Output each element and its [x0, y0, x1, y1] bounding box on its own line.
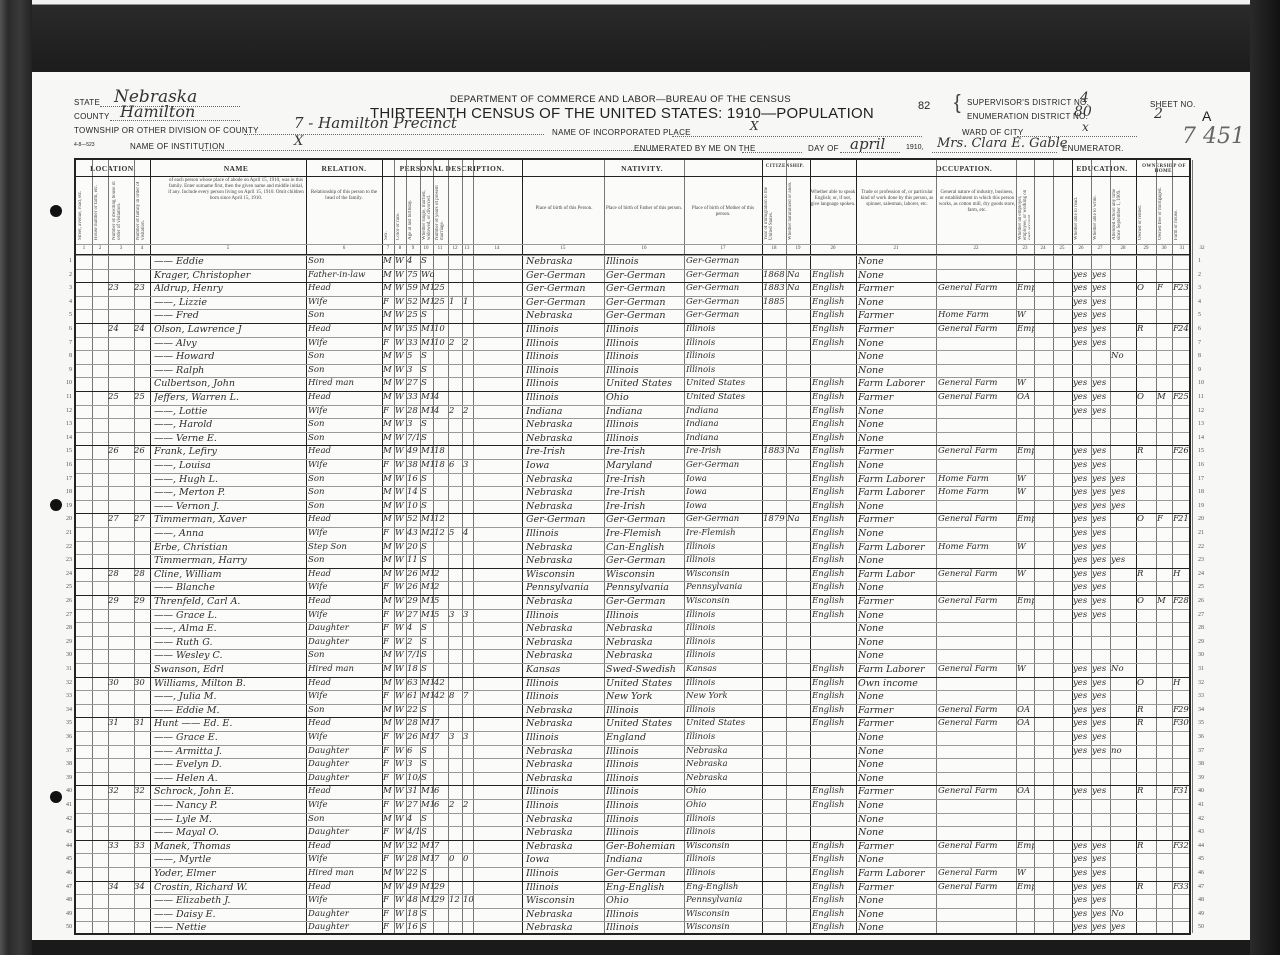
cell-name: Williams, Milton B.	[154, 677, 304, 690]
cell-occ: Farm Laborer	[858, 663, 936, 676]
cell-sex: M	[383, 541, 394, 554]
cell-mpob: United States	[686, 391, 762, 404]
cell-sex: M	[383, 500, 394, 513]
cell-race: W	[395, 867, 406, 880]
cell-read: yes	[1073, 323, 1091, 336]
cell-race: W	[395, 527, 406, 540]
cell-ms: M1	[421, 677, 434, 690]
cell-occ: None	[858, 527, 936, 540]
cell-ms: M1	[421, 391, 434, 404]
cell-write: yes	[1092, 690, 1110, 703]
cell-lang: English	[812, 717, 856, 730]
cell-read: yes	[1073, 405, 1091, 418]
cell-mpob: Nebraska	[686, 758, 762, 771]
cell-age: 63	[407, 677, 421, 690]
column-divider	[1172, 160, 1173, 933]
cell-mpob: Illinois	[686, 609, 762, 622]
cell-dw: 29	[108, 595, 134, 608]
cell-living: 0	[463, 853, 473, 866]
column-number: 11	[434, 246, 446, 251]
column-number: 10	[420, 246, 432, 251]
line-number: 48	[58, 897, 72, 903]
cell-mpob: United States	[686, 377, 762, 390]
cell-lang: English	[812, 405, 856, 418]
cell-yrs: 42	[434, 677, 448, 690]
county-label: COUNTY	[74, 112, 110, 121]
cell-sex: F	[383, 745, 394, 758]
year-label: 1910,	[906, 144, 924, 151]
cell-race: W	[395, 364, 406, 377]
cell-ms: S	[421, 350, 434, 363]
line-number: 21	[58, 530, 72, 536]
cell-school: No	[1111, 663, 1135, 676]
industry-header: General nature of industry, business, or…	[938, 190, 1016, 214]
cell-sex: M	[383, 432, 394, 445]
line-number-right: 40	[1198, 788, 1204, 794]
cell-sex: F	[383, 622, 394, 635]
cell-read: yes	[1073, 609, 1091, 622]
cell-pob: Nebraska	[526, 704, 604, 717]
cell-yrs: 4	[434, 391, 448, 404]
cell-fam: 34	[134, 881, 150, 894]
cell-fpob: Illinois	[606, 350, 684, 363]
institution-value: X	[294, 134, 303, 149]
cell-rel: Head	[308, 445, 380, 458]
cell-age: 27	[407, 377, 421, 390]
line-number-right: 50	[1198, 924, 1204, 930]
cell-lang: English	[812, 282, 856, 295]
cell-read: yes	[1073, 921, 1091, 934]
cell-mpob: Illinois	[686, 731, 762, 744]
supervisor-district-label: SUPERVISOR'S DISTRICT NO.	[967, 98, 1089, 107]
cell-mpob: Eng-English	[686, 881, 762, 894]
line-number-right: 49	[1198, 911, 1204, 917]
column-number: 6	[338, 246, 350, 251]
cell-occ: Farmer	[858, 391, 936, 404]
section-ownership: OWNERSHIP OF HOME.	[1136, 164, 1192, 174]
cell-sex: M	[383, 785, 394, 798]
cell-race: W	[395, 581, 406, 594]
cell-race: W	[395, 717, 406, 730]
cell-ind: General Farm	[938, 717, 1016, 730]
cell-read: yes	[1073, 853, 1091, 866]
cell-pob: Illinois	[526, 799, 604, 812]
cell-sex: M	[383, 881, 394, 894]
cell-pob: Ger-German	[526, 269, 604, 282]
cell-ms: S	[421, 377, 434, 390]
cell-fpob: Illinois	[606, 255, 684, 268]
line-number-right: 48	[1198, 897, 1204, 903]
cell-rel: Son	[308, 432, 380, 445]
cell-name: —— Armitta J.	[154, 745, 304, 758]
cell-occ: None	[858, 622, 936, 635]
cell-lang: English	[812, 799, 856, 812]
cell-sched: 25	[1178, 391, 1197, 404]
cell-age: 11	[407, 554, 421, 567]
line-number-right: 9	[1198, 367, 1201, 373]
column-divider	[448, 160, 449, 933]
cell-fpob: Ger-Bohemian	[606, 840, 684, 853]
cell-name: —— Grace E.	[154, 731, 304, 744]
cell-ms: S	[421, 418, 434, 431]
cell-ms: M1	[421, 609, 434, 622]
cell-emp: OA	[1017, 717, 1034, 730]
line-number-right: 37	[1198, 748, 1204, 754]
cell-occ: None	[858, 853, 936, 866]
line-number-right: 35	[1198, 720, 1204, 726]
cell-lang: English	[812, 704, 856, 717]
cell-write: yes	[1092, 459, 1110, 472]
cell-pob: Nebraska	[526, 255, 604, 268]
cell-occ: Farm Laborer	[858, 473, 936, 486]
cell-occ: Farm Laborer	[858, 867, 936, 880]
cell-fh: H	[1173, 568, 1181, 581]
cell-fpob: Ger-German	[606, 513, 684, 526]
column-number: 14	[491, 246, 503, 251]
cell-sex: F	[383, 826, 394, 839]
cell-rel: Wife	[308, 690, 380, 703]
cell-ms: S	[421, 500, 434, 513]
census-sheet: STATE Nebraska COUNTY Hamilton TOWNSHIP …	[32, 72, 1250, 940]
cell-rel: Wife	[308, 581, 380, 594]
cell-living: 7	[463, 690, 473, 703]
cell-rel: Daughter	[308, 758, 380, 771]
cell-lang: English	[812, 840, 856, 853]
cell-ind: General Farm	[938, 391, 1016, 404]
cell-fpob: Nebraska	[606, 622, 684, 635]
line-number-right: 45	[1198, 856, 1204, 862]
cell-lang: English	[812, 867, 856, 880]
cell-write: yes	[1092, 609, 1110, 622]
cell-occ: Farmer	[858, 595, 936, 608]
cell-ms: S	[421, 867, 434, 880]
cell-ms: M1	[421, 337, 434, 350]
cell-yrs: 2	[434, 581, 448, 594]
cell-fam: 28	[134, 568, 150, 581]
line-number-right: 38	[1198, 761, 1204, 767]
cell-age: 5	[407, 350, 421, 363]
column-number: 15	[557, 246, 569, 251]
cell-dw: 34	[108, 881, 134, 894]
cell-occ: None	[858, 731, 936, 744]
cell-occ: None	[858, 554, 936, 567]
cell-age: 4	[407, 255, 421, 268]
cell-race: W	[395, 609, 406, 622]
cell-own: R	[1137, 840, 1155, 853]
vertical-column-header: Farm or house.	[1174, 180, 1186, 240]
column-number: 22	[970, 246, 982, 251]
cell-ms: M1	[421, 282, 434, 295]
line-number-right: 4	[1198, 299, 1201, 305]
column-divider	[473, 160, 474, 933]
cell-yrs: 29	[434, 894, 448, 907]
vertical-column-header: Age at last birthday.	[408, 180, 420, 240]
line-number: 1	[58, 258, 72, 264]
cell-ms: M2	[421, 527, 434, 540]
cell-read: yes	[1073, 745, 1091, 758]
cell-sex: M	[383, 323, 394, 336]
cell-ind: General Farm	[938, 704, 1016, 717]
cell-dw: 27	[108, 513, 134, 526]
line-number: 41	[58, 802, 72, 808]
column-number: 24	[1037, 246, 1049, 251]
cell-yrs: 6	[434, 799, 448, 812]
cell-sex: F	[383, 853, 394, 866]
cell-sex: M	[383, 255, 394, 268]
cell-write: yes	[1092, 785, 1110, 798]
cell-name: —— Fred	[154, 309, 304, 322]
cell-mpob: Illinois	[686, 541, 762, 554]
line-number: 15	[58, 448, 72, 454]
cell-emp: W	[1017, 486, 1034, 499]
cell-occ: Farmer	[858, 445, 936, 458]
line-number: 50	[58, 924, 72, 930]
cell-pob: Nebraska	[526, 745, 604, 758]
cell-school: yes	[1111, 921, 1135, 934]
cell-sex: M	[383, 813, 394, 826]
cell-living: 1	[463, 296, 473, 309]
cell-race: W	[395, 649, 406, 662]
cell-race: W	[395, 282, 406, 295]
cell-pob: Illinois	[526, 527, 604, 540]
cell-write: yes	[1092, 486, 1110, 499]
cell-name: Frank, Lefiry	[154, 445, 304, 458]
cell-emp: W	[1017, 541, 1034, 554]
cell-lang: English	[812, 690, 856, 703]
line-number: 12	[58, 408, 72, 414]
cell-imm: 1885	[763, 296, 786, 309]
cell-name: Jeffers, Warren L.	[154, 391, 304, 404]
cell-race: W	[395, 826, 406, 839]
cell-rel: Father-in-law	[308, 269, 380, 282]
cell-rel: Wife	[308, 853, 380, 866]
cell-age: 10	[407, 500, 421, 513]
cell-occ: None	[858, 269, 936, 282]
cell-name: —— Ruth G.	[154, 636, 304, 649]
cell-own: O	[1137, 595, 1155, 608]
header-rule	[76, 176, 1189, 177]
cell-race: W	[395, 840, 406, 853]
cell-fpob: United States	[606, 717, 684, 730]
vertical-column-header: Number of family in order of visitation.	[136, 180, 148, 240]
cell-ind: Home Farm	[938, 486, 1016, 499]
cell-school: no	[1111, 745, 1135, 758]
cell-fpob: Can-English	[606, 541, 684, 554]
department-heading: DEPARTMENT OF COMMERCE AND LABOR—BUREAU …	[450, 94, 791, 105]
cell-lang: English	[812, 677, 856, 690]
cell-ms: S	[421, 908, 434, 921]
cell-mort: M	[1157, 391, 1172, 404]
cell-write: yes	[1092, 377, 1110, 390]
column-divider	[462, 160, 463, 933]
column-number: 3	[115, 246, 127, 251]
cell-sex: F	[383, 405, 394, 418]
cell-name: ——, Anna	[154, 527, 304, 540]
line-number: 26	[58, 598, 72, 604]
cell-yrs: 5	[434, 595, 448, 608]
cell-pob: Nebraska	[526, 840, 604, 853]
cell-write: yes	[1092, 500, 1110, 513]
line-number: 16	[58, 462, 72, 468]
line-number-right: 28	[1198, 625, 1204, 631]
cell-fpob: Nebraska	[606, 636, 684, 649]
cell-sex: M	[383, 649, 394, 662]
line-number: 49	[58, 911, 72, 917]
cell-dw: 30	[108, 677, 134, 690]
cell-ms: M1	[421, 785, 434, 798]
cell-rel: Head	[308, 881, 380, 894]
cell-age: 32	[407, 840, 421, 853]
column-number: 7	[382, 246, 394, 251]
cell-mpob: Illinois	[686, 704, 762, 717]
line-number: 17	[58, 476, 72, 482]
enumeration-district-value: 80	[1074, 104, 1092, 120]
line-number-right: 30	[1198, 652, 1204, 658]
header-rule	[76, 254, 1189, 255]
cell-write: yes	[1092, 527, 1110, 540]
cell-school: yes	[1111, 554, 1135, 567]
cell-nat: Na	[787, 445, 809, 458]
cell-pob: Iowa	[526, 853, 604, 866]
cell-ms: M1	[421, 853, 434, 866]
cell-ms: M1	[421, 799, 434, 812]
cell-ms: M1	[421, 296, 434, 309]
cell-race: W	[395, 663, 406, 676]
page-stamp: 82	[918, 100, 930, 112]
cell-sex: F	[383, 908, 394, 921]
line-number-right: 17	[1198, 476, 1204, 482]
cell-mpob: Ohio	[686, 785, 762, 798]
cell-pob: Nebraska	[526, 432, 604, 445]
cell-age: 31	[407, 785, 421, 798]
cell-pob: Illinois	[526, 867, 604, 880]
line-number-right: 42	[1198, 816, 1204, 822]
cell-rel: Daughter	[308, 826, 380, 839]
cell-rel: Wife	[308, 527, 380, 540]
cell-ms: Wd	[421, 269, 434, 282]
scan-right-edge	[1250, 0, 1280, 955]
cell-mpob: Wisconsin	[686, 921, 762, 934]
cell-occ: None	[858, 813, 936, 826]
cell-own: O	[1137, 282, 1155, 295]
cell-read: yes	[1073, 690, 1091, 703]
cell-born: 2	[449, 405, 461, 418]
cell-rel: Son	[308, 364, 380, 377]
column-divider	[936, 160, 937, 933]
cell-fpob: United States	[606, 677, 684, 690]
cell-yrs: 10	[434, 323, 448, 336]
cell-rel: Son	[308, 554, 380, 567]
cell-lang: English	[812, 418, 856, 431]
cell-rel: Daughter	[308, 745, 380, 758]
cell-pob: Illinois	[526, 364, 604, 377]
cell-sex: M	[383, 418, 394, 431]
cell-name: Timmerman, Xaver	[154, 513, 304, 526]
cell-mpob: Illinois	[686, 622, 762, 635]
cell-pob: Ger-German	[526, 513, 604, 526]
cell-sex: M	[383, 350, 394, 363]
cell-race: W	[395, 269, 406, 282]
line-number: 39	[58, 775, 72, 781]
cell-age: 28	[407, 717, 421, 730]
cell-fpob: Wisconsin	[606, 568, 684, 581]
cell-fpob: Illinois	[606, 418, 684, 431]
cell-name: Yoder, Elmer	[154, 867, 304, 880]
cell-own: R	[1137, 704, 1155, 717]
cell-age: 7/12	[407, 649, 421, 662]
cell-mort: F	[1157, 513, 1172, 526]
cell-pob: Ire-Irish	[526, 445, 604, 458]
cell-rel: Wife	[308, 405, 380, 418]
cell-own: R	[1137, 445, 1155, 458]
cell-mpob: Illinois	[686, 554, 762, 567]
cell-race: W	[395, 500, 406, 513]
cell-pob: Nebraska	[526, 595, 604, 608]
cell-pob: Illinois	[526, 785, 604, 798]
cell-occ: Farmer	[858, 717, 936, 730]
cell-occ: Farmer	[858, 282, 936, 295]
cell-living: 3	[463, 459, 473, 472]
cell-ind: General Farm	[938, 323, 1016, 336]
cell-ms: S	[421, 663, 434, 676]
cell-age: 27	[407, 799, 421, 812]
cell-occ: None	[858, 908, 936, 921]
cell-occ: Own income	[858, 677, 936, 690]
cell-sex: M	[383, 717, 394, 730]
vertical-column-header: Color or race.	[396, 180, 408, 240]
cell-ms: S	[421, 554, 434, 567]
cell-yrs: 7	[434, 840, 448, 853]
cell-age: 18	[407, 908, 421, 921]
cell-race: W	[395, 513, 406, 526]
cell-pob: Wisconsin	[526, 894, 604, 907]
cell-fam: 31	[134, 717, 150, 730]
cell-school: No	[1111, 350, 1135, 363]
cell-sex: M	[383, 554, 394, 567]
cell-ms: S	[421, 473, 434, 486]
cell-rel: Daughter	[308, 636, 380, 649]
cell-lang: English	[812, 609, 856, 622]
cell-name: —— Helen A.	[154, 772, 304, 785]
cell-write: yes	[1092, 391, 1110, 404]
cell-name: —— Howard	[154, 350, 304, 363]
cell-name: Cline, William	[154, 568, 304, 581]
cell-living: 10	[463, 894, 473, 907]
cell-age: 18	[407, 663, 421, 676]
section-citizenship: CITIZENSHIP.	[762, 164, 808, 169]
day-of-value: april	[850, 135, 885, 153]
cell-name: —— Eddie	[154, 255, 304, 268]
cell-write: yes	[1092, 269, 1110, 282]
cell-read: yes	[1073, 867, 1091, 880]
cell-fpob: Ire-Irish	[606, 445, 684, 458]
cell-occ: Farmer	[858, 840, 936, 853]
cell-imm: 1883	[763, 445, 786, 458]
cell-age: 4	[407, 622, 421, 635]
column-number: 25	[1056, 246, 1068, 251]
cell-name: —— Grace L.	[154, 609, 304, 622]
cell-read: yes	[1073, 269, 1091, 282]
cell-ms: S	[421, 745, 434, 758]
cell-name: Hunt —— Ed. E.	[154, 717, 304, 730]
cell-age: 33	[407, 391, 421, 404]
cell-sex: M	[383, 663, 394, 676]
cell-lang: English	[812, 527, 856, 540]
cell-fpob: Illinois	[606, 826, 684, 839]
cell-mpob: Ger-German	[686, 255, 762, 268]
cell-ms: M1	[421, 894, 434, 907]
cell-pob: Nebraska	[526, 473, 604, 486]
